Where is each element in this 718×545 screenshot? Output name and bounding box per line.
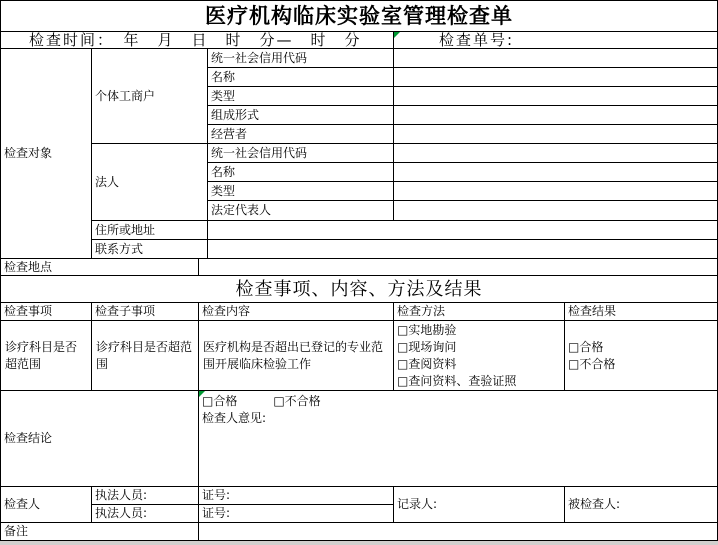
item-cell: 诊疗科目是否超范围 xyxy=(0,320,92,391)
field-label: 经营者 xyxy=(207,124,394,144)
address-label: 住所或地址 xyxy=(91,220,208,240)
officer-field[interactable]: 执法人员: xyxy=(91,504,199,523)
field-label: 组成形式 xyxy=(207,105,394,125)
field-value[interactable] xyxy=(393,86,718,106)
result-checkbox-option[interactable]: □合格 xyxy=(568,339,603,356)
location-label: 检查地点 xyxy=(0,258,199,276)
conclusion-label: 检查结论 xyxy=(0,390,199,487)
field-value[interactable] xyxy=(393,162,718,182)
inspection-form: 医疗机构临床实验室管理检查单 检查时间： 年 月 日 时 分— 时 分 检查单号… xyxy=(0,0,718,545)
remark-label: 备注 xyxy=(0,522,199,541)
address-value[interactable] xyxy=(207,220,718,240)
method-checkbox-option[interactable]: □查阅资料 xyxy=(397,356,456,373)
field-value[interactable] xyxy=(393,105,718,125)
inspected-person-field[interactable]: 被检查人: xyxy=(564,486,718,523)
legal-person-label: 法人 xyxy=(91,143,208,221)
doc-number-field[interactable]: 检查单号: xyxy=(393,31,718,49)
cert-number-field[interactable]: 证号: xyxy=(198,504,394,523)
outside-sheet-area xyxy=(0,541,718,545)
field-label: 名称 xyxy=(207,67,394,87)
content-cell: 医疗机构是否超出已登记的专业范围开展临床检验工作 xyxy=(198,320,394,391)
col-header-subitem: 检查子事项 xyxy=(91,302,199,321)
location-value[interactable] xyxy=(198,258,718,276)
field-value[interactable] xyxy=(393,67,718,87)
conclusion-cell: □合格 □不合格 检查人意见: xyxy=(198,390,718,487)
field-value[interactable] xyxy=(393,48,718,68)
cell-flag-icon xyxy=(199,391,205,397)
field-value[interactable] xyxy=(393,124,718,144)
conclusion-checkbox-options[interactable]: □合格 □不合格 xyxy=(202,393,321,410)
object-label: 检查对象 xyxy=(0,48,92,259)
remark-value[interactable] xyxy=(198,522,718,541)
officer-field[interactable]: 执法人员: xyxy=(91,486,199,505)
contact-label: 联系方式 xyxy=(91,239,208,259)
field-label: 法定代表人 xyxy=(207,200,394,221)
inspector-label: 检查人 xyxy=(0,486,92,523)
result-cell: □合格 □不合格 xyxy=(564,320,718,391)
method-checkbox-option[interactable]: □现场询问 xyxy=(397,339,456,356)
form-title: 医疗机构临床实验室管理检查单 xyxy=(0,0,718,32)
cell-flag-icon xyxy=(394,32,400,38)
method-checkbox-option[interactable]: □查问资料、查验证照 xyxy=(397,373,516,390)
contact-value[interactable] xyxy=(207,239,718,259)
method-cell: □实地勘验 □现场询问 □查阅资料 □查问资料、查验证照 xyxy=(393,320,565,391)
field-value[interactable] xyxy=(393,143,718,163)
field-label: 类型 xyxy=(207,181,394,201)
field-label: 名称 xyxy=(207,162,394,182)
method-checkbox-option[interactable]: □实地勘验 xyxy=(397,322,456,339)
col-header-item: 检查事项 xyxy=(0,302,92,321)
col-header-content: 检查内容 xyxy=(198,302,394,321)
field-label: 类型 xyxy=(207,86,394,106)
field-label: 统一社会信用代码 xyxy=(207,48,394,68)
field-label: 统一社会信用代码 xyxy=(207,143,394,163)
field-value[interactable] xyxy=(393,200,718,221)
section-title: 检查事项、内容、方法及结果 xyxy=(0,275,718,303)
subitem-cell: 诊疗科目是否超范围 xyxy=(91,320,199,391)
recorder-field[interactable]: 记录人: xyxy=(393,486,565,523)
result-checkbox-option[interactable]: □不合格 xyxy=(568,356,615,373)
cert-number-field[interactable]: 证号: xyxy=(198,486,394,505)
col-header-result: 检查结果 xyxy=(564,302,718,321)
col-header-method: 检查方法 xyxy=(393,302,565,321)
individual-label: 个体工商户 xyxy=(91,48,208,144)
inspection-time-field[interactable]: 检查时间： 年 月 日 时 分— 时 分 xyxy=(0,31,394,49)
field-value[interactable] xyxy=(393,181,718,201)
opinion-label[interactable]: 检查人意见: xyxy=(202,410,266,427)
